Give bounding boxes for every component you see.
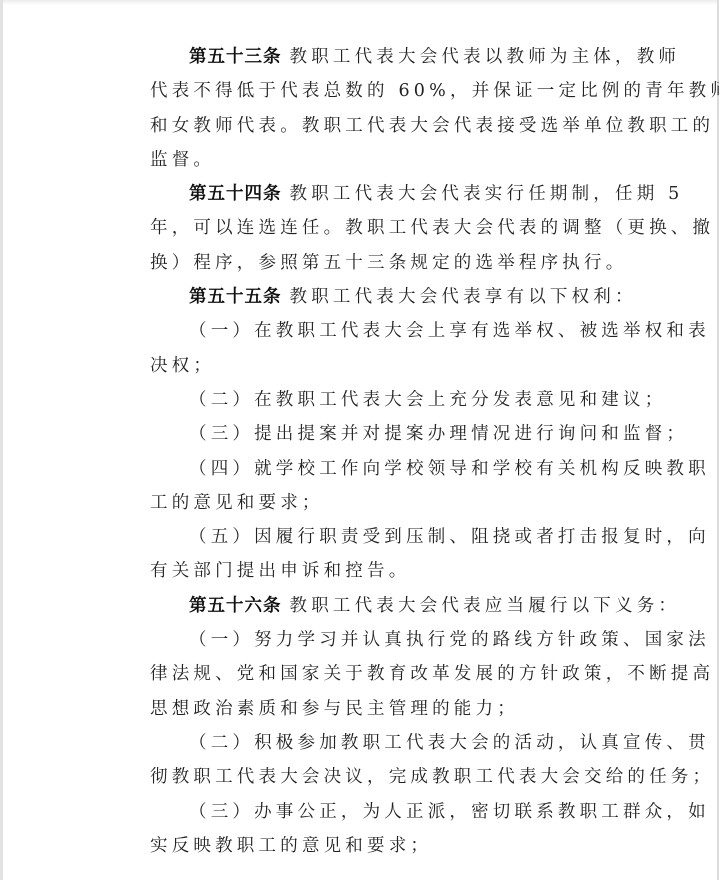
article-number: 第五十四条 xyxy=(189,184,282,204)
article-55: 第五十五条教职工代表大会代表享有以下权利： xyxy=(111,280,607,314)
text-line: （二）积极参加教职工代表大会的活动，认真宣传、贯 xyxy=(111,726,607,760)
article-53: 第五十三条教职工代表大会代表以教师为主体，教师 代表不得低于代表总数的 60%，… xyxy=(111,40,607,177)
duty-item-3: （三）办事公正，为人正派，密切联系教职工群众，如 实反映教职工的意见和要求； xyxy=(111,795,607,864)
text-line: （三）办事公正，为人正派，密切联系教职工群众，如 xyxy=(111,795,607,829)
text-line: （四）就学校工作向学校领导和学校有关机构反映教职 xyxy=(111,452,607,486)
page-left-border xyxy=(0,0,3,880)
duty-item-2: （二）积极参加教职工代表大会的活动，认真宣传、贯 彻教职工代表大会决议，完成教职… xyxy=(111,726,607,795)
article-54: 第五十四条教职工代表大会代表实行任期制，任期 5 年，可以连选连任。教职工代表大… xyxy=(111,177,607,280)
article-number: 第五十三条 xyxy=(189,47,282,67)
text-line: 有关部门提出申诉和控告。 xyxy=(111,554,607,588)
text-line: 代表不得低于代表总数的 60%，并保证一定比例的青年教师 xyxy=(111,74,607,108)
text-line: 工的意见和要求； xyxy=(111,486,607,520)
text-line: 年，可以连选连任。教职工代表大会代表的调整（更换、撤 xyxy=(111,211,607,245)
document-page: 第五十三条教职工代表大会代表以教师为主体，教师 代表不得低于代表总数的 60%，… xyxy=(111,40,607,863)
text-line: （一）在教职工代表大会上享有选举权、被选举权和表 xyxy=(111,314,607,348)
text-line: （五）因履行职责受到压制、阻挠或者打击报复时，向 xyxy=(111,520,607,554)
right-item-5: （五）因履行职责受到压制、阻挠或者打击报复时，向 有关部门提出申诉和控告。 xyxy=(111,520,607,589)
text-line: 思想政治素质和参与民主管理的能力； xyxy=(111,692,607,726)
text-line: 第五十四条教职工代表大会代表实行任期制，任期 5 xyxy=(111,177,607,211)
text-line: 和女教师代表。教职工代表大会代表接受选举单位教职工的 xyxy=(111,109,607,143)
text-line: 律法规、党和国家关于教育改革发展的方针政策，不断提高 xyxy=(111,657,607,691)
right-item-4: （四）就学校工作向学校领导和学校有关机构反映教职 工的意见和要求； xyxy=(111,452,607,521)
text-line: 彻教职工代表大会决议，完成教职工代表大会交给的任务； xyxy=(111,760,607,794)
right-item-3: （三）提出提案并对提案办理情况进行询问和监督； xyxy=(111,417,607,451)
duty-item-1: （一）努力学习并认真执行党的路线方针政策、国家法 律法规、党和国家关于教育改革发… xyxy=(111,623,607,726)
text-line: 第五十五条教职工代表大会代表享有以下权利： xyxy=(111,280,607,314)
article-number: 第五十六条 xyxy=(189,596,282,616)
text-line: （三）提出提案并对提案办理情况进行询问和监督； xyxy=(111,417,607,451)
text-line: 换）程序，参照第五十三条规定的选举程序执行。 xyxy=(111,246,607,280)
text-line: 第五十三条教职工代表大会代表以教师为主体，教师 xyxy=(111,40,607,74)
text-line: 实反映教职工的意见和要求； xyxy=(111,829,607,863)
right-item-1: （一）在教职工代表大会上享有选举权、被选举权和表 决权； xyxy=(111,314,607,383)
text-line: 第五十六条教职工代表大会代表应当履行以下义务： xyxy=(111,589,607,623)
text-line: （一）努力学习并认真执行党的路线方针政策、国家法 xyxy=(111,623,607,657)
text-line: （二）在教职工代表大会上充分发表意见和建议； xyxy=(111,383,607,417)
article-number: 第五十五条 xyxy=(189,287,282,307)
text-line: 决权； xyxy=(111,349,607,383)
text-line: 监督。 xyxy=(111,143,607,177)
article-56: 第五十六条教职工代表大会代表应当履行以下义务： xyxy=(111,589,607,623)
page-top-shadow xyxy=(0,0,719,5)
right-item-2: （二）在教职工代表大会上充分发表意见和建议； xyxy=(111,383,607,417)
